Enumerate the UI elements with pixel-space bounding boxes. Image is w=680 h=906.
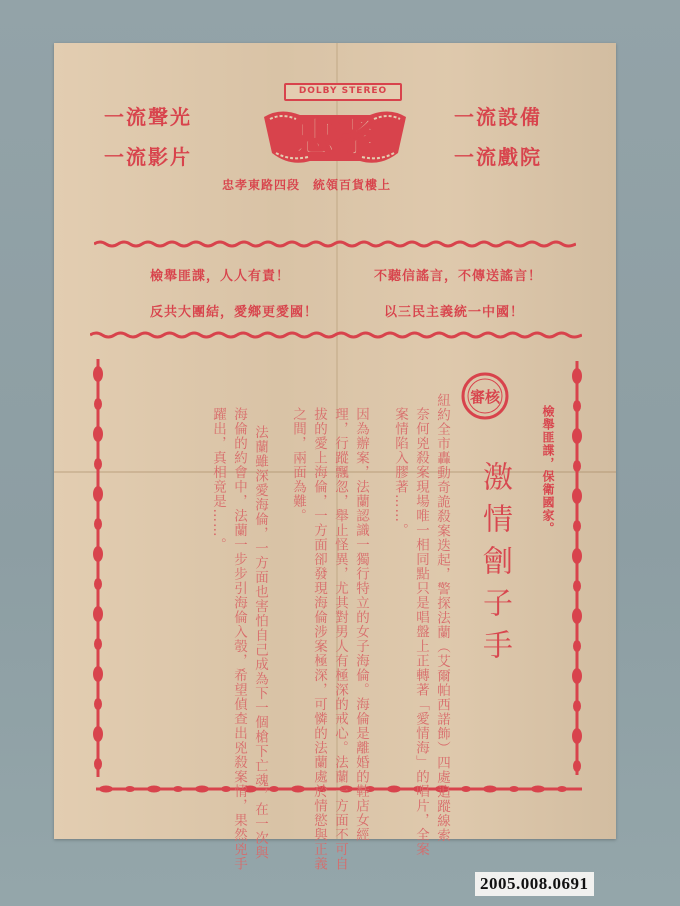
motto-row1-left: 檢舉匪諜，人人有責！ bbox=[150, 265, 290, 284]
svg-text:忠孝: 忠孝 bbox=[295, 115, 375, 161]
movie-title: 激情劊子手 bbox=[472, 461, 516, 671]
dolby-stereo-badge: DOLBY STEREO bbox=[284, 83, 402, 101]
motto-row1-right: 不聽信謠言，不傳送謠言！ bbox=[374, 265, 542, 284]
catalog-number-label: 2005.008.0691 bbox=[475, 872, 594, 896]
synopsis-column-4: 因為辦案，法蘭認識一獨行特立的女子海倫。海倫是離婚的鞋店女經 bbox=[351, 407, 371, 842]
synopsis-column-9: 海倫的約會中，法蘭一步步引海倫入彀，希望偵查出兇殺案情，果然兇手 bbox=[229, 407, 249, 871]
right-slogan-1: 一流設備 bbox=[454, 101, 542, 130]
side-slogan: 檢舉匪諜，保衛國家。 bbox=[540, 405, 557, 535]
right-slogan-2: 一流戲院 bbox=[454, 141, 542, 170]
synopsis-column-10: 躍出，真相竟是……。 bbox=[208, 407, 228, 552]
synopsis-column-5: 理，行蹤飄忽，舉止怪異，尤其對男人有極深的戒心。法蘭一方面不可自 bbox=[330, 407, 350, 871]
synopsis-column-3: 案情陷入膠著……。 bbox=[390, 407, 410, 538]
motto-row2-left: 反共大團結，愛鄉更愛國！ bbox=[150, 301, 318, 320]
wavy-border-top-icon bbox=[94, 240, 576, 248]
synopsis-column-1: 紐約全市轟動奇詭殺案迭起，警探法蘭（艾爾帕西諾飾）四處追蹤線索 bbox=[432, 393, 452, 843]
motto-row2-right: 以三民主義統一中國！ bbox=[384, 301, 524, 320]
theater-address: 忠孝東路四段 統領百貨樓上 bbox=[222, 176, 391, 193]
beaded-border-right-icon bbox=[572, 361, 582, 775]
synopsis-column-2: 奈何兇殺案現場唯一相同點只是唱盤上正轉著「愛情海」的唱片，全案 bbox=[411, 407, 431, 857]
left-slogan-2: 一流影片 bbox=[104, 141, 192, 170]
film-reel-logo-icon: 忠孝 bbox=[260, 103, 410, 173]
synopsis-column-7: 之間，兩面為難。 bbox=[288, 407, 308, 523]
approval-seal-icon: 審核 bbox=[460, 371, 510, 421]
synopsis-column-6: 拔的愛上海倫，一方面卻發現海倫涉案極深，可憐的法蘭處於情慾與正義 bbox=[309, 407, 329, 871]
left-slogan-1: 一流聲光 bbox=[104, 101, 192, 130]
wavy-border-middle-icon bbox=[90, 331, 582, 339]
flyer-sheet: 一流聲光 一流影片 一流設備 一流戲院 DOLBY STEREO 忠孝 忠孝東路… bbox=[54, 43, 616, 839]
beaded-border-left-icon bbox=[93, 359, 103, 777]
synopsis-column-8: 法蘭雖深愛海倫，一方面也害怕自己成為下一個槍下亡魂，在一次與 bbox=[250, 425, 270, 860]
svg-text:審核: 審核 bbox=[470, 388, 501, 406]
